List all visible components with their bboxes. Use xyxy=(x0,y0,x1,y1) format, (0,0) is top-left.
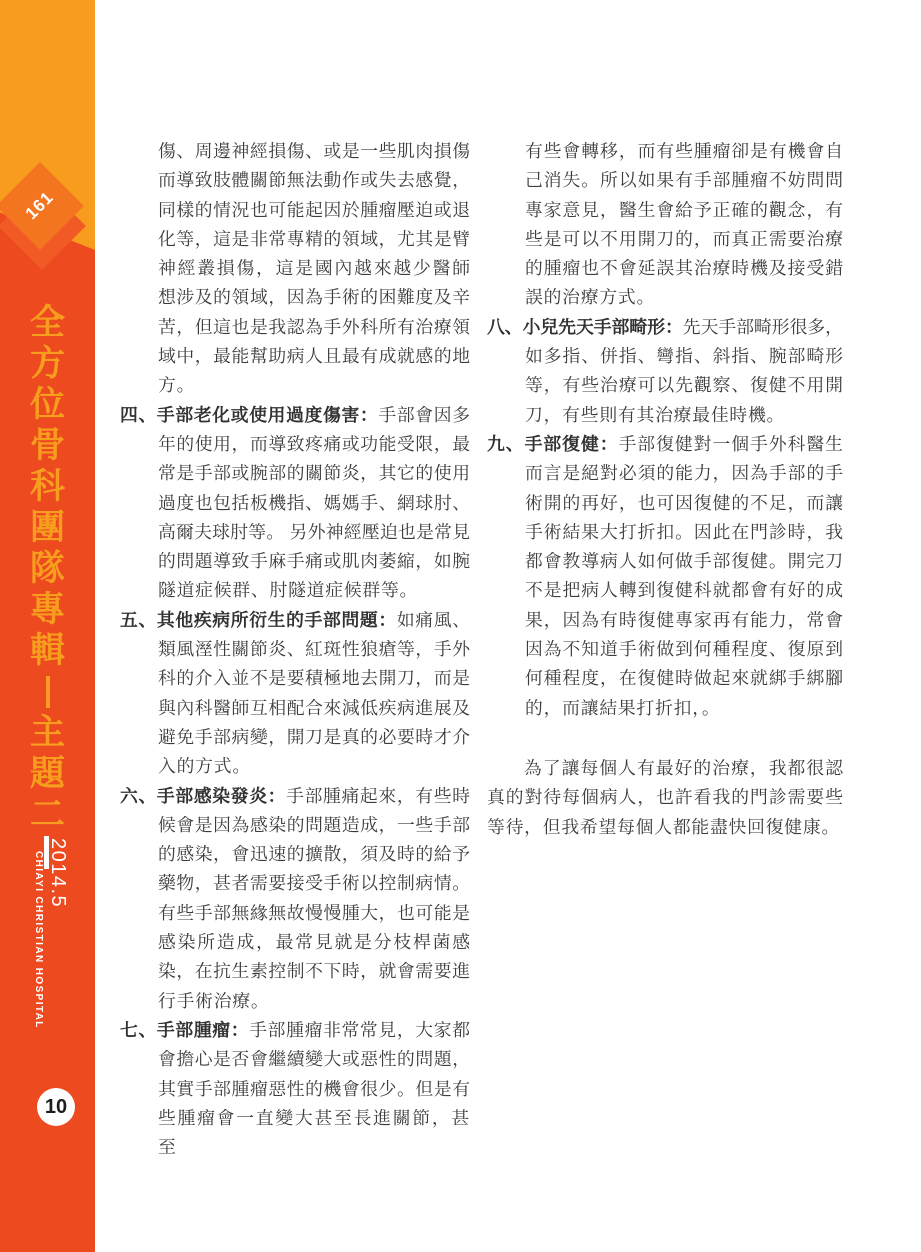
issue-number: 161 xyxy=(22,188,58,224)
text-line: 刀，有些則有其治療最佳時機。 xyxy=(525,401,843,430)
item-title: 手部感染發炎： xyxy=(157,786,286,806)
text-line: 些是可以不用開刀的，而真正需要治療 xyxy=(525,225,843,254)
title-char: 題 xyxy=(30,753,65,794)
paragraph: 為了讓每個人有最好的治療，我都很認真的對待每個病人，也許看我的門診需要些等待，但… xyxy=(487,754,843,842)
text-line: 誤的治療方式。 xyxy=(525,283,843,312)
numbered-item: 四、手部老化或使用過度傷害：手部會因多年的使用，而導致疼痛或功能受限，最常是手部… xyxy=(120,401,470,606)
item-heading-line: 七、手部腫瘤：手部腫瘤非常常見，大家都 xyxy=(120,1016,470,1045)
text-line: 的感染，會迅速的擴散，須及時的給予 xyxy=(158,840,470,869)
text-line: 同樣的情況也可能起因於腫瘤壓迫或退 xyxy=(158,196,470,225)
edition-label: 2014.5 xyxy=(46,838,69,908)
item-lead-text: 如痛風、 xyxy=(397,610,470,630)
magazine-page: { "sidebar": { "corner_number": "161", "… xyxy=(0,0,921,1252)
item-lead-text: 手部腫痛起來，有些時 xyxy=(286,786,470,806)
page-number-badge: 10 xyxy=(37,1088,75,1126)
text-line: 些腫瘤會一直變大甚至長進關節，甚至 xyxy=(158,1104,470,1163)
text-line: 會擔心是否會繼續變大或惡性的問題， xyxy=(158,1045,470,1074)
text-line: 苦，但這也是我認為手外科所有治療領 xyxy=(158,313,470,342)
text-line: 傷、周邊神經損傷、或是一些肌肉損傷 xyxy=(158,137,470,166)
text-line: 都會教導病人如何做手部復健。開完刀 xyxy=(525,547,843,576)
text-line: 術開的再好，也可因復健的不足，而讓 xyxy=(525,489,843,518)
text-line: 化等，這是非常專精的領域，尤其是臂 xyxy=(158,225,470,254)
title-char: 輯 xyxy=(30,630,65,671)
text-line: 因為不知道手術做到何種程度、復原到 xyxy=(525,635,843,664)
text-line: 避免手部病變，開刀是真的必要時才介 xyxy=(158,723,470,752)
text-line: 方。 xyxy=(158,371,470,400)
title-char: 方 xyxy=(30,343,65,384)
text-line: 感染所造成，最常見就是分枝桿菌感 xyxy=(158,928,470,957)
title-char: 隊 xyxy=(30,548,65,589)
text-line: 不是把病人轉到復健科就都會有好的成 xyxy=(525,576,843,605)
right-column: 有些會轉移，而有些腫瘤卻是有機會自己消失。所以如果有手部腫瘤不妨問問專家意見，醫… xyxy=(487,137,843,842)
text-line: 等，有些治療可以先觀察、復健不用開 xyxy=(525,371,843,400)
text-line: 過度也包括板機指、媽媽手、網球肘、 xyxy=(158,489,470,518)
title-char: 主 xyxy=(30,712,65,753)
numbered-item: 七、手部腫瘤：手部腫瘤非常常見，大家都會擔心是否會繼續變大或惡性的問題，其實手部… xyxy=(120,1016,470,1162)
numbered-item: 五、其他疾病所衍生的手部問題：如痛風、類風溼性關節炎、紅斑性狼瘡等，手外科的介入… xyxy=(120,606,470,782)
paragraph: 有些會轉移，而有些腫瘤卻是有機會自己消失。所以如果有手部腫瘤不妨問問專家意見，醫… xyxy=(487,137,843,313)
item-number: 九、 xyxy=(487,434,525,454)
numbered-item: 六、手部感染發炎：手部腫痛起來，有些時候會是因為感染的問題造成，一些手部的感染，… xyxy=(120,782,470,1016)
text-line: 而言是絕對必須的能力，因為手部的手 xyxy=(525,459,843,488)
item-number: 四、 xyxy=(120,405,157,425)
item-heading-line: 六、手部感染發炎：手部腫痛起來，有些時 xyxy=(120,782,470,811)
title-char: 位 xyxy=(30,384,65,425)
item-heading-line: 四、手部老化或使用過度傷害：手部會因多 xyxy=(120,401,470,430)
text-line: 高爾夫球肘等。 另外神經壓迫也是常見 xyxy=(158,518,470,547)
text-line: 有些手部無緣無故慢慢腫大，也可能是 xyxy=(158,899,470,928)
text-line: 想涉及的領域，因為手術的困難度及辛 xyxy=(158,283,470,312)
item-heading-line: 五、其他疾病所衍生的手部問題：如痛風、 xyxy=(120,606,470,635)
item-heading-line: 九、手部復健：手部復健對一個手外科醫生 xyxy=(487,430,843,459)
text-line: 有些會轉移，而有些腫瘤卻是有機會自 xyxy=(525,137,843,166)
text-line: 類風溼性關節炎、紅斑性狼瘡等，手外 xyxy=(158,635,470,664)
numbered-item: 九、手部復健：手部復健對一個手外科醫生而言是絕對必須的能力，因為手部的手術開的再… xyxy=(487,430,843,723)
text-line: 行手術治療。 xyxy=(158,987,470,1016)
text-line: 其實手部腫瘤惡性的機會很少。但是有 xyxy=(158,1075,470,1104)
title-dash xyxy=(46,671,50,712)
text-line: 的問題導致手麻手痛或肌肉萎縮，如腕 xyxy=(158,547,470,576)
text-line: 染，在抗生素控制不下時，就會需要進 xyxy=(158,957,470,986)
title-char: 團 xyxy=(30,507,65,548)
text-line: 等待，但我希望每個人都能盡快回復健康。 xyxy=(487,813,843,842)
title-char: 全 xyxy=(30,302,65,343)
text-line: 己消失。所以如果有手部腫瘤不妨問問 xyxy=(525,166,843,195)
text-line: 科的介入並不是要積極地去開刀，而是 xyxy=(158,664,470,693)
item-title: 其他疾病所衍生的手部問題： xyxy=(157,610,397,630)
text-line: 而導致肢體關節無法動作或失去感覺， xyxy=(158,166,470,195)
text-line: 手術結果大打折扣。因此在門診時，我 xyxy=(525,518,843,547)
item-number: 八、 xyxy=(487,317,523,337)
text-line: 年的使用，而導致疼痛或功能受限，最 xyxy=(158,430,470,459)
sidebar-vertical-title: 全方位骨科團隊專輯主題二 xyxy=(0,302,95,835)
item-title: 手部腫瘤： xyxy=(157,1020,249,1040)
item-number: 七、 xyxy=(120,1020,157,1040)
page-number: 10 xyxy=(45,1096,67,1119)
sidebar: 161 全方位骨科團隊專輯主題二 2014.5 CHIAYI CHRISTIAN… xyxy=(0,0,95,1252)
item-title: 小兒先天手部畸形： xyxy=(523,317,683,337)
text-line: 域中，最能幫助病人且最有成就感的地 xyxy=(158,342,470,371)
text-line: 與內科醫師互相配合來減低疾病進展及 xyxy=(158,694,470,723)
numbered-item: 八、小兒先天手部畸形：先天手部畸形很多，如多指、併指、彎指、斜指、腕部畸形等，有… xyxy=(487,313,843,430)
text-line: 真的對待每個病人，也許看我的門診需要些 xyxy=(487,783,843,812)
item-lead-text: 手部腫瘤非常常見，大家都 xyxy=(249,1020,470,1040)
item-title: 手部老化或使用過度傷害： xyxy=(157,405,378,425)
text-line: 神經叢損傷，這是國內越來越少醫師 xyxy=(158,254,470,283)
item-heading-line: 八、小兒先天手部畸形：先天手部畸形很多， xyxy=(487,313,843,342)
item-lead-text: 手部復健對一個手外科醫生 xyxy=(619,434,843,454)
text-line: 入的方式。 xyxy=(158,752,470,781)
text-line: 常是手部或腕部的關節炎，其它的使用 xyxy=(158,459,470,488)
left-column: 傷、周邊神經損傷、或是一些肌肉損傷而導致肢體關節無法動作或失去感覺，同樣的情況也… xyxy=(120,137,470,1162)
text-line: 隧道症候群、肘隧道症候群等。 xyxy=(158,576,470,605)
paragraph: 傷、周邊神經損傷、或是一些肌肉損傷而導致肢體關節無法動作或失去感覺，同樣的情況也… xyxy=(120,137,470,401)
item-title: 手部復健： xyxy=(525,434,619,454)
title-char: 科 xyxy=(30,466,65,507)
title-char: 專 xyxy=(30,589,65,630)
text-line: 候會是因為感染的問題造成，一些手部 xyxy=(158,811,470,840)
text-line: 的腫瘤也不會延誤其治療時機及接受錯 xyxy=(525,254,843,283)
text-line: 為了讓每個人有最好的治療，我都很認 xyxy=(487,754,843,783)
item-number: 六、 xyxy=(120,786,157,806)
item-number: 五、 xyxy=(120,610,157,630)
title-char: 骨 xyxy=(30,425,65,466)
text-line: 的，而讓結果打折扣，。 xyxy=(525,694,843,723)
text-line: 如多指、併指、彎指、斜指、腕部畸形 xyxy=(525,342,843,371)
text-line: 果，因為有時復健專家再有能力，常會 xyxy=(525,606,843,635)
text-line: 藥物，甚者需要接受手術以控制病情。 xyxy=(158,869,470,898)
text-line: 何種程度，在復健時做起來就綁手綁腳 xyxy=(525,664,843,693)
item-lead-text: 先天手部畸形很多， xyxy=(683,317,843,337)
title-dash-bar xyxy=(46,676,50,708)
item-lead-text: 手部會因多 xyxy=(378,405,470,425)
hospital-name: CHIAYI CHRISTIAN HOSPITAL xyxy=(33,851,44,1029)
text-line: 專家意見，醫生會給予正確的觀念，有 xyxy=(525,196,843,225)
title-char: 二 xyxy=(30,794,65,835)
